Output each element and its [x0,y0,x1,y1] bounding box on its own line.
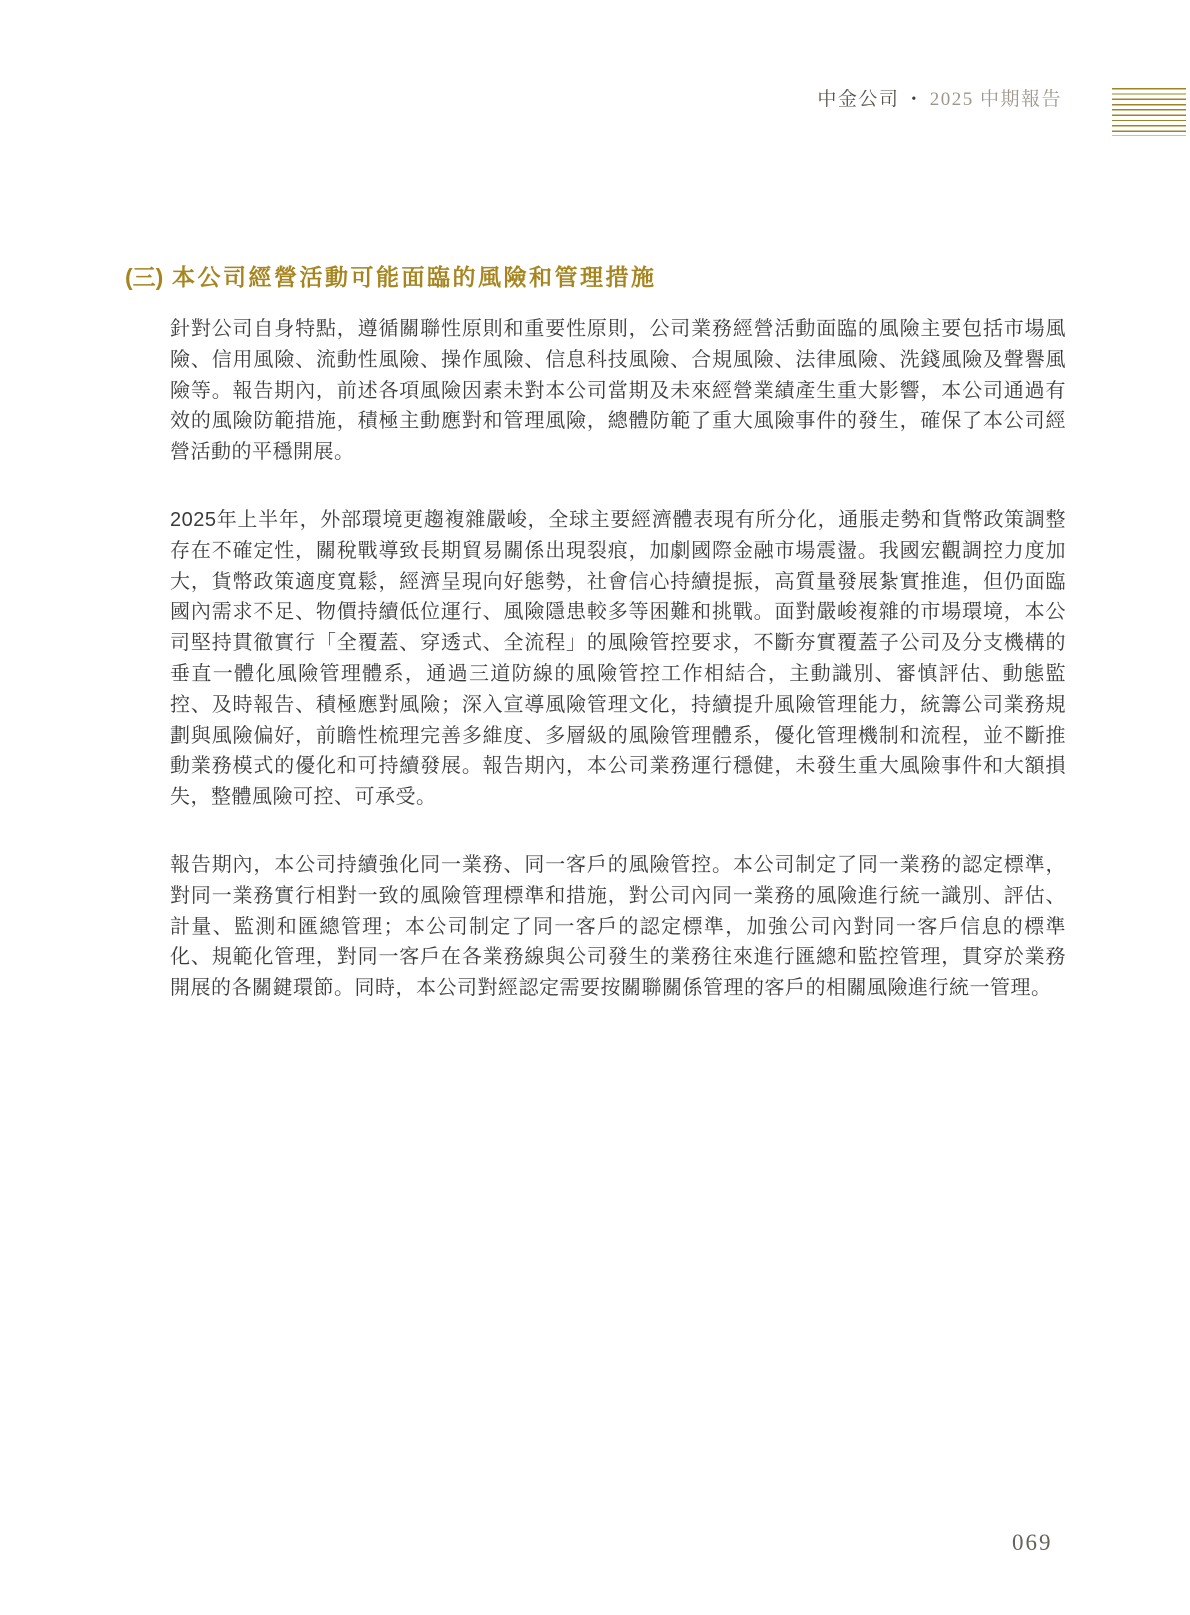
paragraph-unified-risk-control: 報告期內，本公司持續強化同一業務、同一客戶的風險管控。本公司制定了同一業務的認定… [170,850,1066,1004]
bullet-separator: • [911,92,917,107]
running-header: 中金公司•2025 中期報告 [0,84,1062,111]
paragraph-market-environment: 2025年上半年，外部環境更趨複雜嚴峻，全球主要經濟體表現有所分化，通脹走勢和貨… [170,505,1066,813]
report-title: 2025 中期報告 [930,89,1062,110]
section-heading: (三) 本公司經營活動可能面臨的風險和管理措施 [125,262,657,292]
stripes-decoration [1112,88,1186,136]
section-number: (三) [125,262,172,292]
section-title: 本公司經營活動可能面臨的風險和管理措施 [172,262,657,292]
company-name: 中金公司 [817,89,899,110]
page-number: 069 [1012,1530,1053,1556]
paragraph-risk-overview: 針對公司自身特點，遵循關聯性原則和重要性原則，公司業務經營活動面臨的風險主要包括… [170,314,1066,468]
body-text: 針對公司自身特點，遵循關聯性原則和重要性原則，公司業務經營活動面臨的風險主要包括… [170,314,1066,1041]
